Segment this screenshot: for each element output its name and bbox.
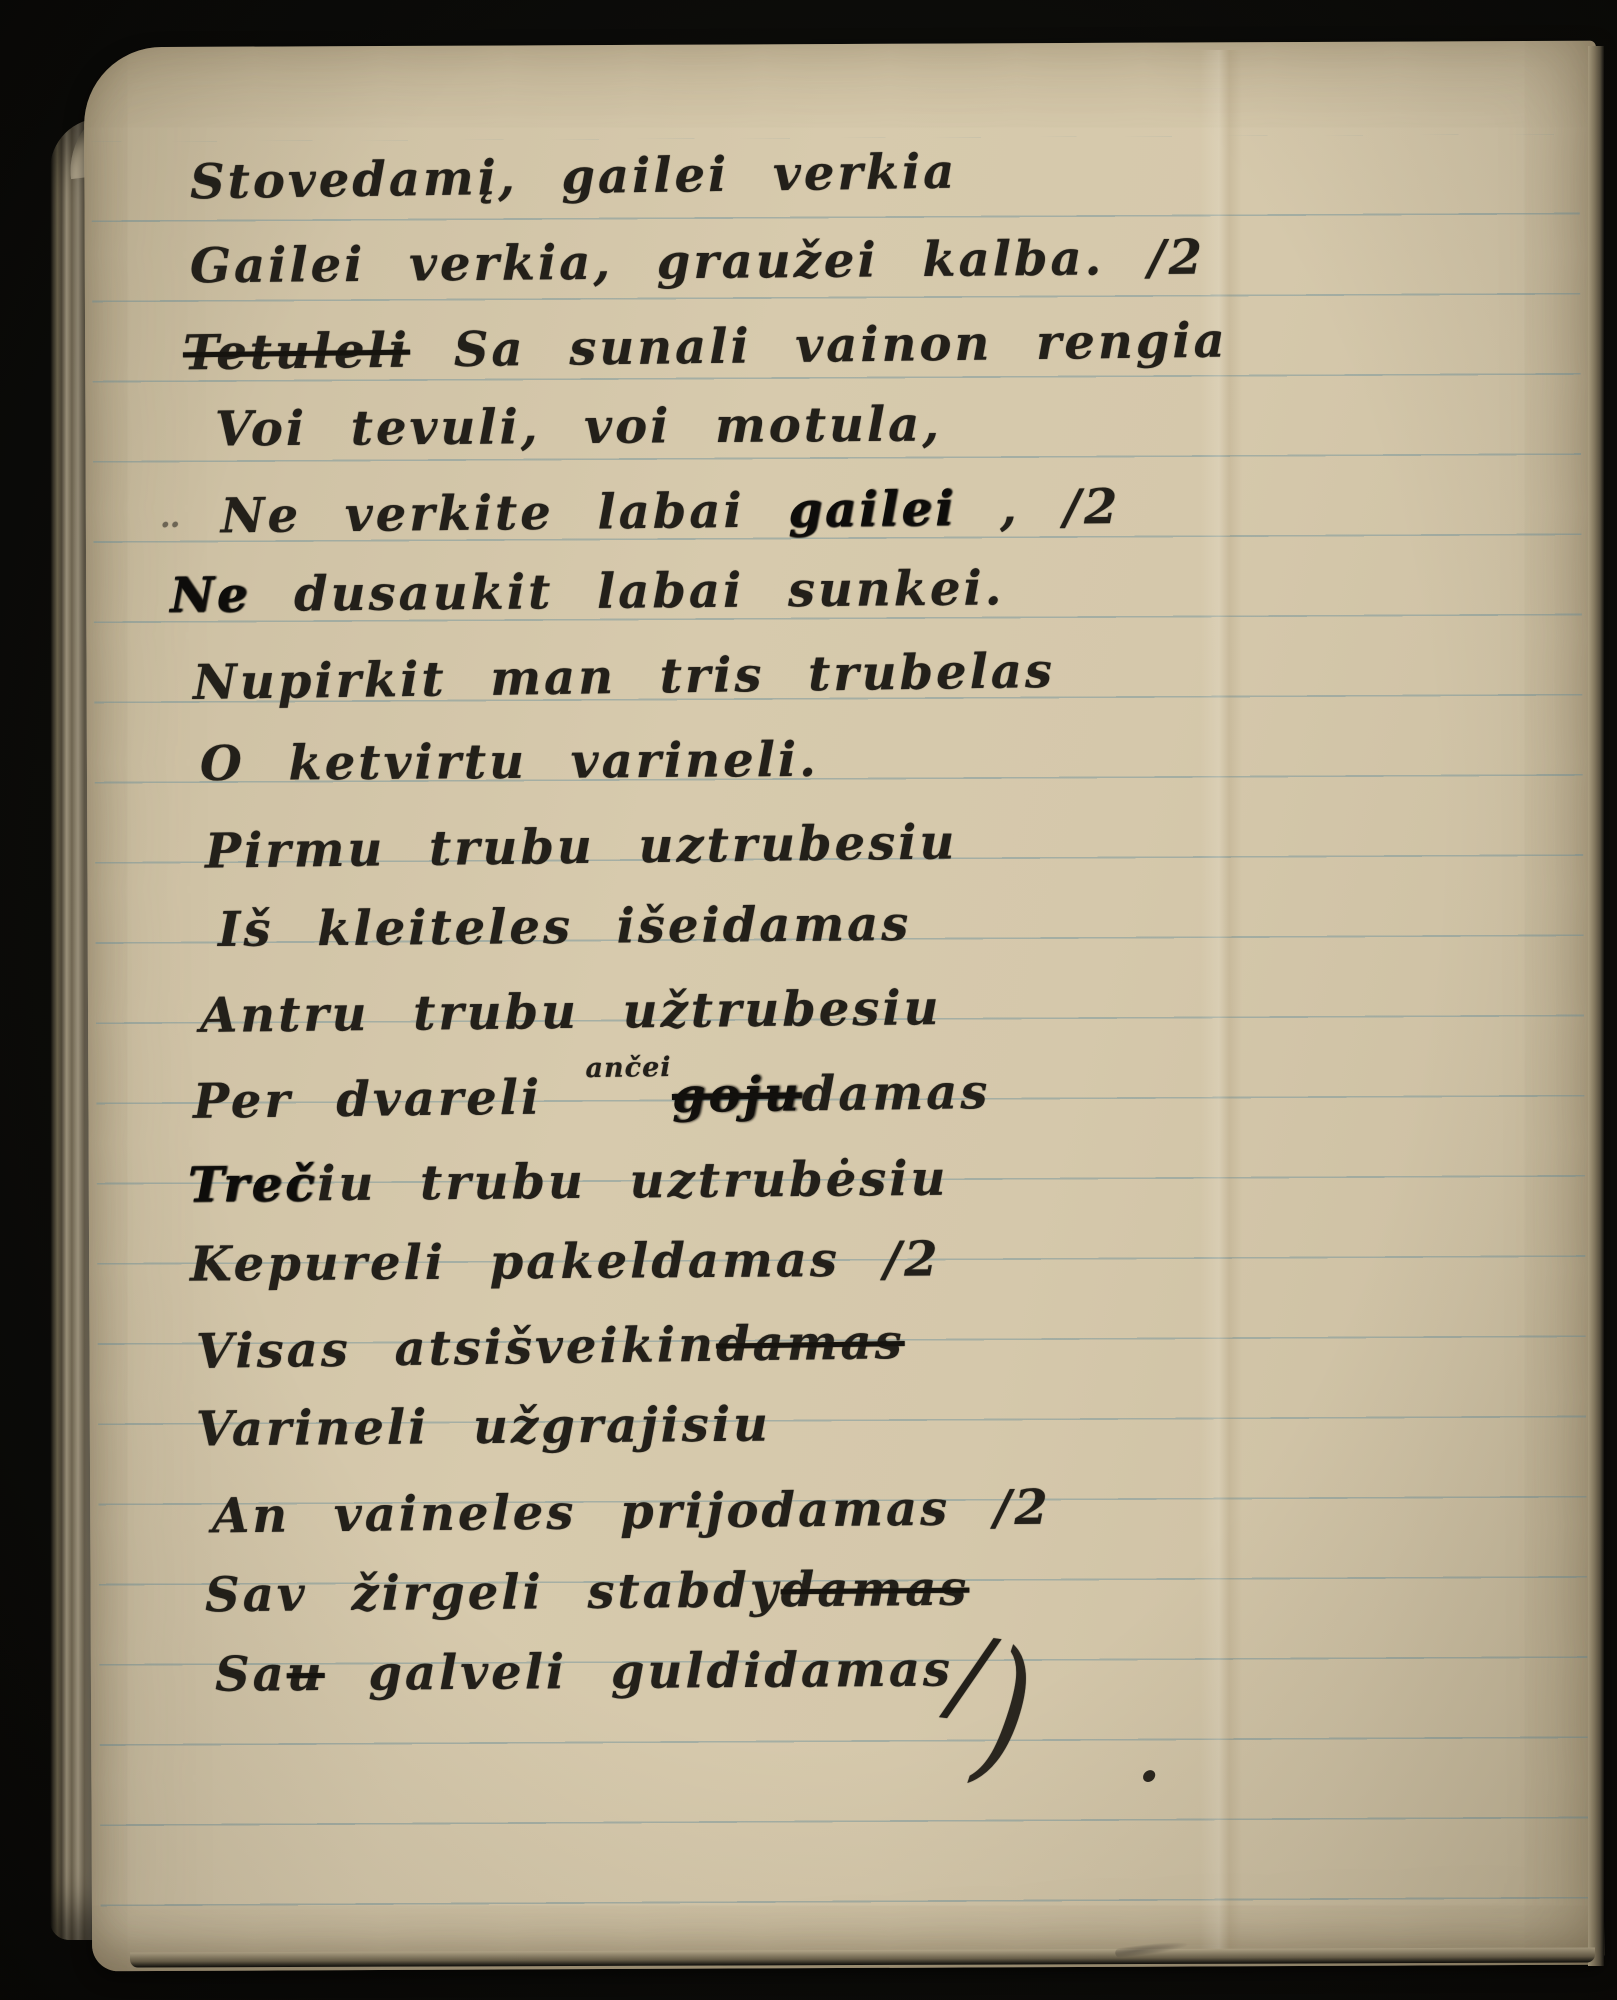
manuscript-text: damas bbox=[780, 1561, 969, 1619]
manuscript-line-9: Pirmu trubu uztrubesiu bbox=[205, 818, 958, 875]
manuscript-text: An vaineles prijodamas /2 bbox=[212, 1480, 1051, 1545]
handwriting-layer: Stovedamį, gailei verkiaGailei verkia, g… bbox=[0, 0, 1617, 2000]
manuscript-line-14: Kepureli pakeldamas /2 bbox=[190, 1235, 941, 1288]
manuscript-text: ‥ bbox=[160, 499, 221, 535]
ink-flourish-dot: . bbox=[1138, 1722, 1160, 1797]
manuscript-text: Ne bbox=[170, 567, 251, 624]
manuscript-text: Voi tevuli, voi motula, bbox=[215, 396, 942, 457]
manuscript-text: Iš kleiteles išeidamas bbox=[218, 896, 912, 958]
manuscript-text: Nupirkit man tris trubelas bbox=[193, 643, 1056, 711]
manuscript-text: gailei bbox=[788, 481, 956, 539]
manuscript-line-1: Stovedamį, gailei verkia bbox=[190, 148, 958, 207]
manuscript-text: Sav žirgeli stabdy bbox=[205, 1562, 781, 1623]
manuscript-line-6: Ne dusaukit labai sunkei. bbox=[170, 564, 1005, 619]
manuscript-line-4: Voi tevuli, voi motula, bbox=[215, 400, 942, 453]
manuscript-line-16: Varineli užgrajisiu bbox=[196, 1400, 771, 1453]
manuscript-text: / bbox=[953, 1673, 991, 1678]
manuscript-text: , /2 bbox=[956, 479, 1121, 537]
manuscript-line-5: ‥ Ne verkite labai gailei , /2 bbox=[160, 483, 1121, 541]
manuscript-text: O ketvirtu varineli. bbox=[200, 732, 819, 792]
manuscript-text: damas bbox=[801, 1064, 990, 1122]
manuscript-text: galveli guldidamas bbox=[324, 1642, 953, 1702]
manuscript-text: iu trubu uztrubėsiu bbox=[317, 1151, 949, 1213]
manuscript-text: Varineli užgrajisiu bbox=[196, 1396, 771, 1457]
manuscript-text: dusaukit labai sunkei. bbox=[250, 560, 1005, 623]
manuscript-text: Tetuleli bbox=[183, 323, 411, 382]
manuscript-line-17: An vaineles prijodamas /2 bbox=[212, 1484, 1051, 1541]
manuscript-text: u bbox=[287, 1646, 325, 1702]
manuscript-line-8: O ketvirtu varineli. bbox=[200, 736, 819, 788]
manuscript-text: Gailei verkia, graužei kalba. /2 bbox=[190, 230, 1205, 295]
manuscript-text: Treč bbox=[188, 1156, 318, 1213]
manuscript-line-12: Per dvareli ančeigojudamas bbox=[193, 1068, 991, 1126]
manuscript-line-7: Nupirkit man tris trubelas bbox=[193, 647, 1056, 707]
manuscript-line-11: Antru trubu užtrubesiu bbox=[200, 984, 942, 1040]
manuscript-text: Sa sunali vainon rengia bbox=[410, 313, 1228, 379]
manuscript-text: Per dvareli bbox=[193, 1069, 587, 1130]
manuscript-text: Visas atsišveikin bbox=[196, 1317, 717, 1380]
manuscript-text: damas bbox=[716, 1314, 905, 1373]
manuscript-line-3: Tetuleli Sa sunali vainon rengia bbox=[183, 317, 1228, 378]
manuscript-text: Kepureli pakeldamas /2 bbox=[190, 1231, 941, 1292]
manuscript-text: Antru trubu užtrubesiu bbox=[200, 980, 942, 1044]
manuscript-text: Ne verkite labai bbox=[220, 482, 788, 544]
manuscript-text: Stovedamį, gailei verkia bbox=[190, 144, 958, 211]
manuscript-line-13: Trečiu trubu uztrubėsiu bbox=[188, 1155, 949, 1210]
manuscript-line-2: Gailei verkia, graužei kalba. /2 bbox=[190, 234, 1205, 291]
manuscript-line-19: Sau galveli guldidamas / bbox=[215, 1645, 991, 1698]
manuscript-text: Sa bbox=[215, 1646, 287, 1702]
scanned-notebook-photo: Stovedamį, gailei verkiaGailei verkia, g… bbox=[0, 0, 1617, 2000]
manuscript-line-15: Visas atsišveikindamas bbox=[196, 1318, 905, 1376]
manuscript-line-10: Iš kleiteles išeidamas bbox=[218, 900, 912, 954]
manuscript-text: Pirmu trubu uztrubesiu bbox=[205, 814, 958, 879]
manuscript-text: goju bbox=[672, 1066, 803, 1124]
manuscript-text: ančei bbox=[585, 1054, 671, 1082]
manuscript-line-18: Sav žirgeli stabdydamas bbox=[205, 1565, 970, 1620]
